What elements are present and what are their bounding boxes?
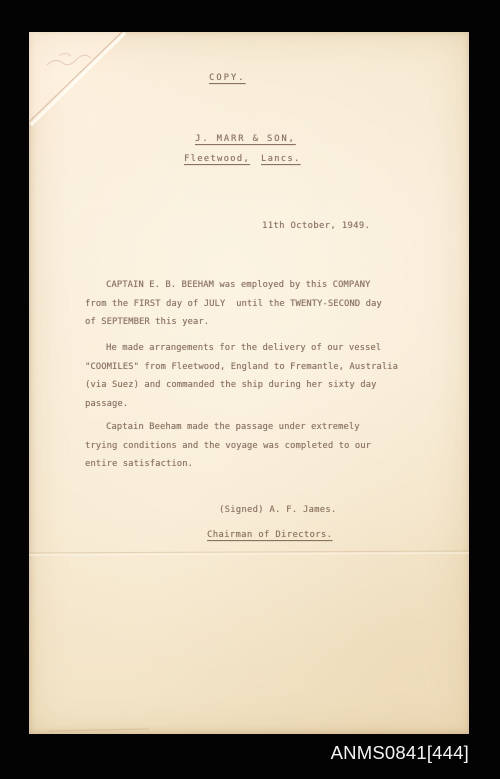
addressee-company-name: J. MARR & SON,: [195, 134, 296, 144]
letter-paragraph-employment: CAPTAIN E. B. BEEHAM was employed by thi…: [85, 276, 433, 332]
addressee-location-line: Fleetwood,Lancs.: [184, 154, 301, 164]
letter-paragraph-commendation: Captain Beeham made the passage under ex…: [85, 418, 433, 474]
addressee-county: Lancs.: [261, 154, 301, 164]
signature-title: Chairman of Directors.: [207, 530, 332, 540]
archive-id-caption: ANMS0841[444]: [331, 742, 469, 764]
letter-paragraph-voyage: He made arrangements for the delivery of…: [85, 339, 433, 413]
copy-label: COPY.: [209, 73, 245, 83]
signed-line: (Signed) A. F. James.: [219, 505, 337, 515]
scan-background: COPY. J. MARR & SON, Fleetwood,Lancs. 11…: [0, 0, 500, 779]
addressee-town: Fleetwood,: [184, 154, 250, 164]
letter-date: 11th October, 1949.: [262, 221, 370, 231]
letter-document: COPY. J. MARR & SON, Fleetwood,Lancs. 11…: [29, 32, 469, 734]
